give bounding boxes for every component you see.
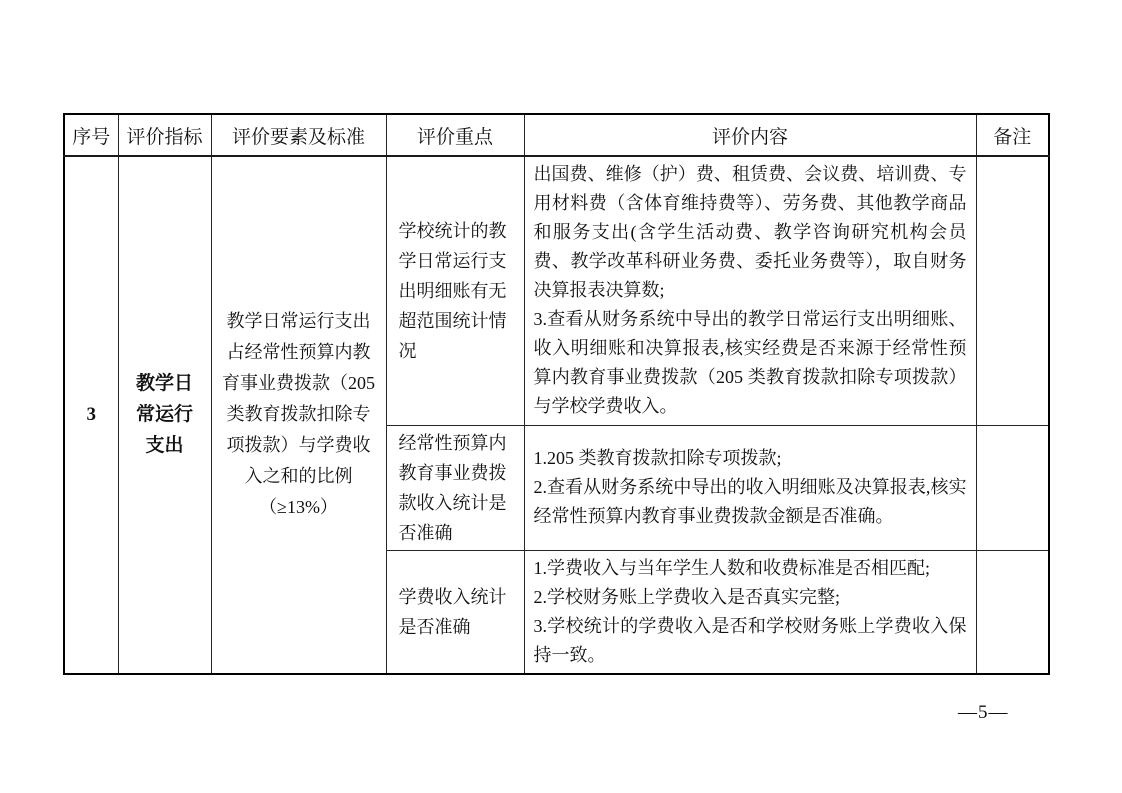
column-header-seq: 序号	[64, 114, 118, 156]
cell-seq-number: 3	[64, 156, 118, 674]
column-header-criteria: 评价要素及标准	[211, 114, 386, 156]
table-row-1: 3 教学日常运行支出 教学日常运行支出占经常性预算内教育事业费拨款（205 类教…	[64, 156, 1049, 425]
cell-focus-3: 学费收入统计是否准确	[386, 550, 524, 674]
column-header-focus: 评价重点	[386, 114, 524, 156]
cell-focus-1: 学校统计的教学日常运行支出明细账有无超范围统计情况	[386, 156, 524, 425]
cell-content-1: 出国费、维修（护）费、租赁费、会议费、培训费、专用材料费（含体育维持费等）、劳务…	[524, 156, 976, 425]
column-header-indicator: 评价指标	[118, 114, 211, 156]
column-header-remark: 备注	[976, 114, 1049, 156]
cell-focus-2: 经常性预算内教育事业费拨款收入统计是否准确	[386, 425, 524, 550]
cell-remark-1	[976, 156, 1049, 425]
cell-content-2: 1.205 类教育拨款扣除专项拨款; 2.查看从财务系统中导出的收入明细账及决算…	[524, 425, 976, 550]
cell-indicator: 教学日常运行支出	[118, 156, 211, 674]
column-header-content: 评价内容	[524, 114, 976, 156]
page-number: —5—	[958, 702, 1009, 724]
table-header-row: 序号 评价指标 评价要素及标准 评价重点 评价内容 备注	[64, 114, 1049, 156]
cell-remark-3	[976, 550, 1049, 674]
cell-content-3: 1.学费收入与当年学生人数和收费标准是否相匹配; 2.学校财务账上学费收入是否真…	[524, 550, 976, 674]
cell-criteria: 教学日常运行支出占经常性预算内教育事业费拨款（205 类教育拨款扣除专项拨款）与…	[211, 156, 386, 674]
cell-remark-2	[976, 425, 1049, 550]
evaluation-table: 序号 评价指标 评价要素及标准 评价重点 评价内容 备注 3 教学日常运行支出 …	[63, 113, 1050, 675]
